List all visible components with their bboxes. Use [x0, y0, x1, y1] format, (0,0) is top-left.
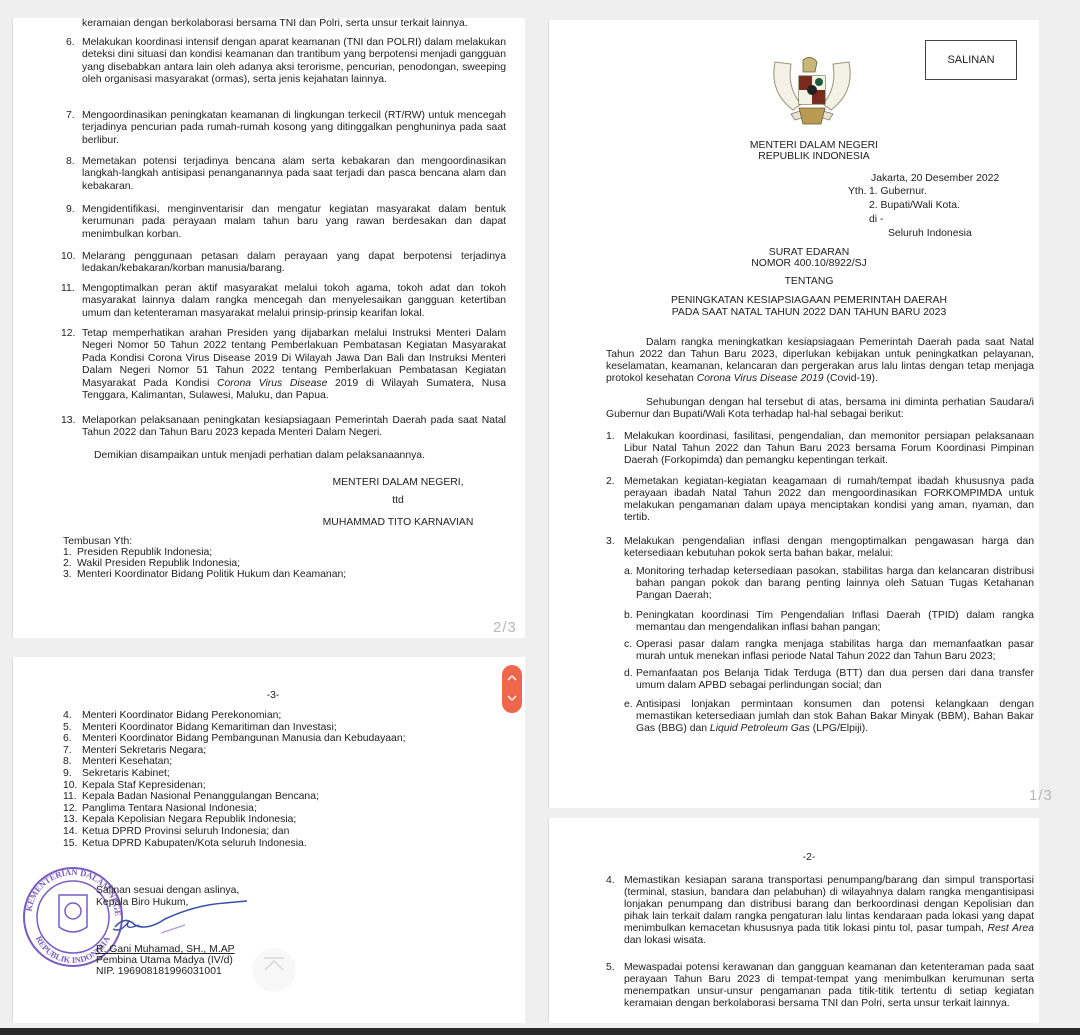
page-indicator: 2/3	[493, 619, 517, 636]
cc-list: 1.Presiden Republik Indonesia; 2.Wakil P…	[63, 547, 483, 580]
sub-list-item: a. Monitoring terhadap ketersediaan paso…	[624, 566, 1034, 604]
closing-text: Demikian disampaikan untuk menjadi perha…	[94, 450, 425, 462]
doc-type: SURAT EDARAN	[689, 247, 929, 258]
cc-item: 9.Sekretaris Kabinet;	[63, 768, 483, 780]
cc-item: 13.Kepala Kepolisian Negara Republik Ind…	[63, 814, 483, 826]
scroll-down-button[interactable]	[502, 688, 522, 708]
cc-item: 2.Wakil Presiden Republik Indonesia;	[63, 558, 483, 569]
document-page-2-top[interactable]: -2- 4. Memastikan kesiapan sarana transp…	[548, 818, 1039, 1023]
to-label: Yth.	[848, 186, 866, 198]
list-item: 9. Mengidentifikasi, menginventarisir da…	[66, 204, 506, 244]
page-label: -2-	[749, 852, 869, 864]
list-item: 1. Melakukan koordinasi, fasilitasi, pen…	[606, 431, 1034, 469]
place-date: Jakarta, 20 Desember 2022	[871, 173, 999, 185]
cc-item: 8.Menteri Kesehatan;	[63, 756, 483, 768]
certifier-role: Kepala Biro Hukum,	[96, 897, 188, 909]
list-item: 8. Memetakan potensi terjadinya bencana …	[66, 156, 506, 196]
sub-list-item: c. Operasi pasar dalam rangka menjaga st…	[624, 639, 1034, 665]
continuation-text: keramaian dengan berkolaborasi bersama T…	[82, 18, 522, 30]
cc-item: 3.Menteri Koordinator Bidang Politik Huk…	[63, 569, 483, 580]
list-item: 6. Melakukan koordinasi intensif dengan …	[66, 37, 506, 101]
sub-list-item: b. Peningkatan koordinasi Tim Pengendali…	[624, 610, 1034, 636]
document-page-2[interactable]: keramaian dengan berkolaborasi bersama T…	[12, 18, 525, 638]
item-12-body: Tetap memperhatikan arahan Presiden yang…	[82, 328, 506, 402]
chevron-down-icon	[507, 694, 517, 702]
arrow-to-top-icon	[262, 956, 286, 972]
back-to-top-button[interactable]	[252, 948, 296, 992]
list-item: 12. Tetap memperhatikan arahan Presiden …	[61, 328, 506, 404]
list-item: 3. Melakukan pengendalian inflasi dengan…	[606, 536, 1034, 562]
sub-list-item: e. Antisipasi lonjakan permintaan konsum…	[624, 699, 1034, 737]
cc-item: 10.Kepala Staf Kepresidenan;	[63, 780, 483, 792]
cc-item: 1.Presiden Republik Indonesia;	[63, 547, 483, 558]
list-item: 13. Melaporkan pelaksanaan peningkatan k…	[61, 415, 506, 443]
right-document-column: SALINAN MENTERI DALAM NEGERI REPUBLIK IN…	[540, 0, 1080, 1035]
list-item: 10. Melarang penggunaan petasan dalam pe…	[61, 251, 506, 279]
copy-mark-box: SALINAN	[925, 40, 1017, 80]
list-item: 2. Memetakan kegiatan-kegiatan keagamaan…	[606, 476, 1034, 526]
subject-line-2: PADA SAAT NATAL TAHUN 2022 DAN TAHUN BAR…	[639, 307, 979, 319]
garuda-emblem-icon	[769, 52, 855, 134]
recipient-2: 2. Bupati/Wali Kota.	[869, 200, 960, 212]
issuer-line-2: REPUBLIK INDONESIA	[709, 151, 919, 162]
scroll-up-button[interactable]	[502, 668, 522, 688]
list-item: 11. Mengoptimalkan peran aktif masyaraka…	[61, 283, 506, 323]
cc-list: 4.Menteri Koordinator Bidang Perekonomia…	[63, 710, 483, 849]
issuer-line-1: MENTERI DALAM NEGERI	[709, 140, 919, 151]
page-scroll-control[interactable]	[502, 665, 522, 713]
signature-ttd: ttd	[313, 495, 483, 507]
cc-item: 4.Menteri Koordinator Bidang Perekonomia…	[63, 710, 483, 722]
certification-text: Salinan sesuai dengan aslinya,	[96, 885, 239, 897]
signatory-title: MENTERI DALAM NEGERI,	[313, 477, 483, 489]
page-label: -3-	[213, 690, 333, 702]
bottom-system-bar	[0, 1028, 1080, 1035]
cc-item: 12.Panglima Tentara Nasional Indonesia;	[63, 803, 483, 815]
list-item: 4. Memastikan kesiapan sarana transporta…	[606, 875, 1034, 953]
sub-list-item: d. Pemanfaatan pos Belanja Tidak Terduga…	[624, 668, 1034, 694]
certifier-name: R. Gani Muhamad, SH., M.AP	[96, 944, 235, 955]
page-indicator: 1/3	[1029, 787, 1053, 804]
doc-number: NOMOR 400.10/8922/SJ	[689, 258, 929, 269]
list-item: 5. Mewaspadai potensi kerawanan dan gang…	[606, 962, 1034, 1014]
cc-item: 6.Menteri Koordinator Bidang Pembangunan…	[63, 733, 483, 745]
subject-line-1: PENINGKATAN KESIAPSIAGAAN PEMERINTAH DAE…	[639, 295, 979, 307]
chevron-up-icon	[507, 674, 517, 682]
recipient-1: 1. Gubernur.	[869, 186, 927, 198]
document-page-1[interactable]: SALINAN MENTERI DALAM NEGERI REPUBLIK IN…	[548, 20, 1039, 808]
certifier-rank: Pembina Utama Madya (IV/d)	[96, 955, 233, 966]
cc-item: 11.Kepala Badan Nasional Penanggulangan …	[63, 791, 483, 803]
at-label: di -	[869, 214, 883, 226]
intro-paragraph-2: Sehubungan dengan hal tersebut di atas, …	[606, 397, 1034, 421]
cc-heading: Tembusan Yth:	[63, 536, 132, 547]
about-label: TENTANG	[689, 276, 929, 288]
cc-item: 14.Ketua DPRD Provinsi seluruh Indonesia…	[63, 826, 483, 838]
intro-paragraph: Dalam rangka meningkatkan kesiapsiagaan …	[606, 337, 1034, 385]
cc-item: 15.Ketua DPRD Kabupaten/Kota seluruh Ind…	[63, 838, 483, 850]
left-document-column: keramaian dengan berkolaborasi bersama T…	[0, 0, 530, 1035]
at-place: Seluruh Indonesia	[888, 228, 972, 240]
cc-item: 5.Menteri Koordinator Bidang Kemaritiman…	[63, 722, 483, 734]
signatory-name: MUHAMMAD TITO KARNAVIAN	[313, 517, 483, 529]
cc-item: 7.Menteri Sekretaris Negara;	[63, 745, 483, 757]
list-item: 7. Mengoordinasikan peningkatan keamanan…	[66, 110, 506, 150]
certifier-nip: NIP. 196908181996031001	[96, 966, 222, 977]
